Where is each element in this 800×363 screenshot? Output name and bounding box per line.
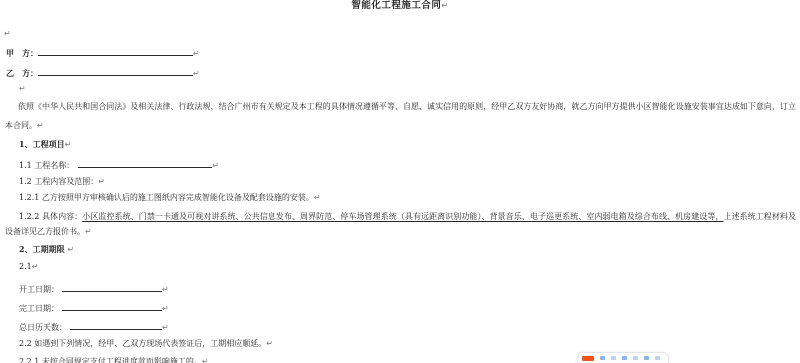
project-name-label: 1.1 工程名称： [19, 161, 74, 170]
empty-paragraph: ↵ [19, 83, 26, 94]
section-2-heading-line: 2、工期期限 ↵ [19, 244, 74, 255]
start-date-blank[interactable] [62, 282, 162, 292]
chinese-mode-icon[interactable] [600, 356, 605, 360]
total-days-label: 总日历天数： [19, 323, 67, 332]
paragraph-mark: ↵ [162, 304, 169, 313]
keyboard-icon[interactable] [644, 356, 649, 360]
paragraph-mark: ↵ [32, 262, 39, 271]
paragraph-mark: ↵ [4, 29, 11, 38]
paragraph-mark: ↵ [162, 285, 169, 294]
start-date-label: 开工日期： [19, 285, 59, 294]
clipboard-icon[interactable] [633, 356, 638, 360]
sogou-logo-icon[interactable] [582, 356, 594, 361]
total-days-line: 总日历天数：↵ [19, 320, 169, 333]
finish-date-label: 完工日期： [19, 304, 59, 313]
party-b-line: 乙 方：↵ [6, 66, 200, 79]
total-days-blank[interactable] [70, 320, 162, 330]
toolbox-icon[interactable] [655, 356, 660, 360]
clause-2-2-1-text: 2.2.1 未按合同规定支付工程进度款而影响施工的。 [19, 357, 202, 363]
punctuation-icon[interactable] [611, 356, 616, 360]
paragraph-mark: ↵ [67, 245, 74, 254]
paragraph-mark: ↵ [19, 84, 26, 93]
paragraph-mark: ↵ [85, 227, 92, 236]
section-2-heading: 2、工期期限 [19, 244, 67, 254]
ime-toolbar[interactable] [577, 352, 669, 363]
paragraph-mark: ↵ [202, 357, 209, 363]
paragraph-mark: ↵ [98, 177, 105, 186]
paragraph-mark: ↵ [193, 49, 200, 58]
clause-1-2-2-systems-list: 小区监控系统、门禁一卡通及可视对讲系统、公共信息发布、周界防范、停车场管理系统（… [82, 212, 723, 221]
section-1-heading: 1、工程项目 [19, 139, 65, 149]
paragraph-mark: ↵ [162, 323, 169, 332]
party-a-label: 甲 方： [6, 48, 38, 58]
project-name-blank[interactable] [78, 158, 212, 168]
paragraph-mark: ↵ [266, 339, 273, 348]
paragraph-mark: ↵ [441, 1, 448, 10]
clause-1-2-2-prefix: 1.2.2 具体内容： [19, 212, 82, 221]
party-b-blank[interactable] [38, 66, 193, 76]
clause-2-2-1-line: 2.2.1 未按合同规定支付工程进度款而影响施工的。↵ [19, 356, 209, 363]
document-title-line: 智能化工程施工合同↵ [0, 0, 800, 11]
paragraph-mark: ↵ [65, 140, 72, 149]
paragraph-mark: ↵ [212, 161, 219, 170]
project-name-line: 1.1 工程名称：↵ [19, 158, 219, 171]
paragraph-mark: ↵ [37, 121, 44, 130]
clause-2-1-text: 2.1 [19, 262, 32, 271]
clause-1-2-text: 1.2 工程内容及范围： [19, 177, 98, 186]
document-title: 智能化工程施工合同 [351, 0, 441, 11]
empty-paragraph: ↵ [4, 28, 11, 39]
emoji-icon[interactable] [622, 356, 627, 360]
clause-1-2-2-paragraph: 1.2.2 具体内容：小区监控系统、门禁一卡通及可视对讲系统、公共信息发布、周界… [5, 209, 796, 239]
preamble-text: 依照《中华人民共和国合同法》及相关法律、行政法规，结合广州市有关规定及本工程的具… [5, 102, 796, 130]
paragraph-mark: ↵ [314, 193, 321, 202]
clause-1-2-1-text: 1.2.1 乙方按照甲方审核确认后的施工图纸内容完成智能化设备及配套设施的安装。 [19, 193, 314, 202]
document-page: 智能化工程施工合同↵ ↵ 甲 方：↵ 乙 方：↵ ↵ 依照《中华人民共和国合同法… [0, 0, 800, 363]
clause-2-2-line: 2.2 如遇到下列情况，经甲、乙双方现场代表签证后，工期相应顺延。↵ [19, 338, 273, 349]
finish-date-blank[interactable] [62, 301, 162, 311]
clause-2-2-text: 2.2 如遇到下列情况，经甲、乙双方现场代表签证后，工期相应顺延。 [19, 339, 266, 348]
party-a-line: 甲 方：↵ [6, 46, 200, 59]
start-date-line: 开工日期：↵ [19, 282, 169, 295]
clause-1-2-line: 1.2 工程内容及范围：↵ [19, 176, 105, 187]
section-1-heading-line: 1、工程项目↵ [19, 139, 71, 150]
clause-1-2-1-line: 1.2.1 乙方按照甲方审核确认后的施工图纸内容完成智能化设备及配套设施的安装。… [19, 192, 321, 203]
paragraph-mark: ↵ [193, 69, 200, 78]
party-b-label: 乙 方： [6, 68, 38, 78]
clause-2-1-line: 2.1↵ [19, 261, 38, 272]
finish-date-line: 完工日期：↵ [19, 301, 169, 314]
preamble-paragraph: 依照《中华人民共和国合同法》及相关法律、行政法规，结合广州市有关规定及本工程的具… [5, 97, 796, 135]
party-a-blank[interactable] [38, 46, 193, 56]
